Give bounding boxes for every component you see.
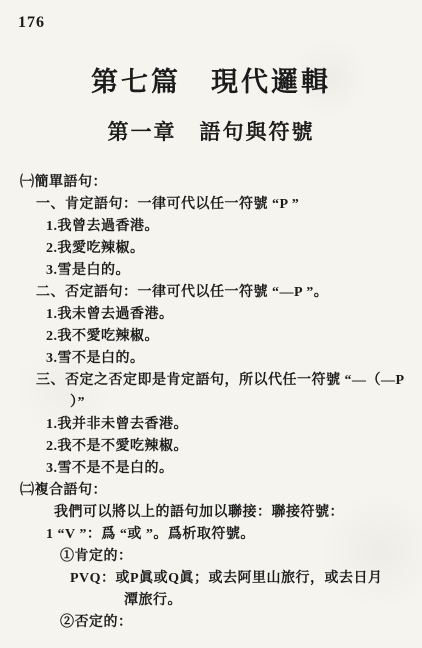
text-line: 3.雪不是不是白的。 (0, 458, 422, 480)
book-page: 176 第七篇 現代邏輯 第一章 語句與符號 ㈠簡單語句： 一、肯定語句：一律可… (0, 0, 422, 648)
text-line: 我們可以將以上的語句加以聯接：聯接符號： (0, 502, 422, 524)
section-heading: ㈠簡單語句： (0, 172, 422, 194)
text-line: 潭旅行。 (0, 590, 422, 612)
text-line: ②否定的： (0, 612, 422, 634)
text-line: ①肯定的： (0, 546, 422, 568)
text-line: 三、否定之否定即是肯定語句，所以代任一符號 “—（—P (0, 370, 422, 392)
part-title: 第七篇 現代邏輯 (0, 0, 422, 99)
chapter-title: 第一章 語句與符號 (0, 116, 422, 146)
text-line: ）” (0, 392, 422, 414)
text-line: 3.雪不是白的。 (0, 348, 422, 370)
text-line: 2.我不愛吃辣椒。 (0, 326, 422, 348)
page-number: 176 (18, 14, 45, 32)
text-line: 2.我不是不愛吃辣椒。 (0, 436, 422, 458)
text-line: 3.雪是白的。 (0, 260, 422, 282)
text-line: 1.我未曾去過香港。 (0, 304, 422, 326)
section-heading: ㈡複合語句： (0, 480, 422, 502)
body-text: ㈠簡單語句： 一、肯定語句：一律可代以任一符號 “P ” 1.我曾去過香港。 2… (0, 172, 422, 634)
text-line: 二、否定語句：一律可代以任一符號 “—P ”。 (0, 282, 422, 304)
text-line: 1 “V ”：爲 “或 ”。爲析取符號。 (0, 524, 422, 546)
text-line: 1.我并非未曾去香港。 (0, 414, 422, 436)
text-line: 1.我曾去過香港。 (0, 216, 422, 238)
text-line: 2.我愛吃辣椒。 (0, 238, 422, 260)
text-line: 一、肯定語句：一律可代以任一符號 “P ” (0, 194, 422, 216)
text-line: PVQ：或P眞或Q眞；或去阿里山旅行，或去日月 (0, 568, 422, 590)
